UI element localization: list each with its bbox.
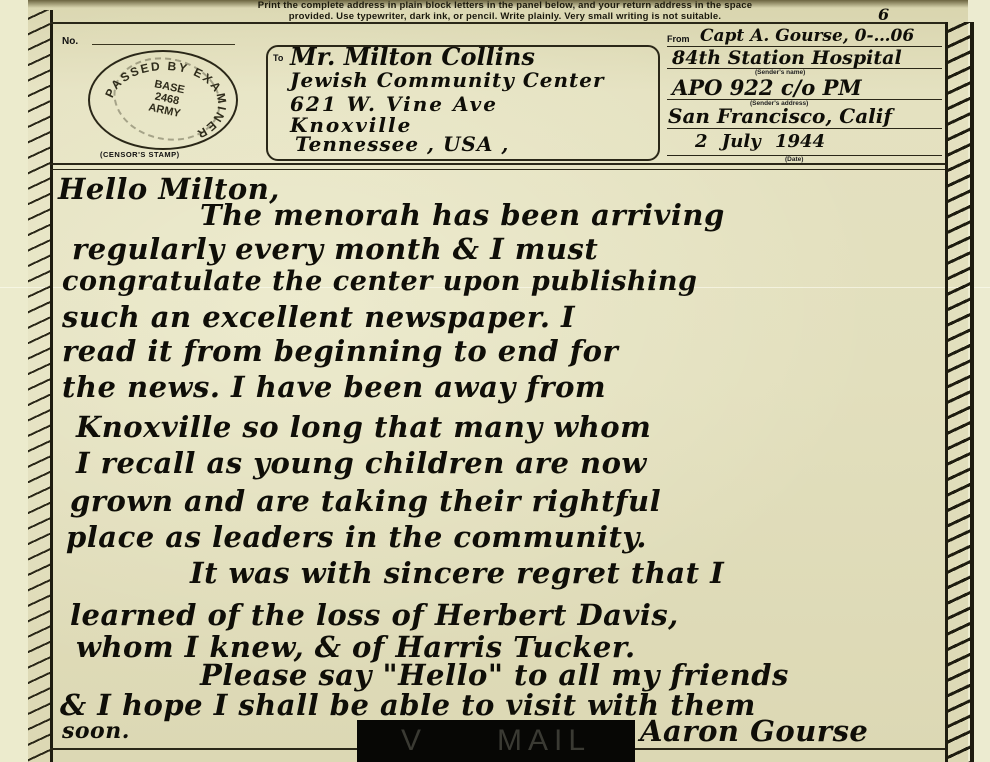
corner-mark: 6: [878, 5, 889, 24]
letter-line-11: It was with sincere regret that I: [190, 556, 724, 590]
vmail-letter-sheet: Print the complete address in plain bloc…: [0, 0, 990, 762]
letter-line-3: congratulate the center upon publishing: [62, 266, 697, 297]
header-bottom-rule: [50, 163, 945, 170]
letter-line-10: place as leaders in the community.: [66, 520, 647, 554]
letter-line-16: soon.: [62, 718, 130, 744]
date-caption: (Date): [785, 156, 803, 163]
recipient-line-organization: Jewish Community Center: [290, 68, 605, 92]
letter-date: 2 July 1944: [695, 131, 825, 152]
sender-address-line-2: [667, 128, 942, 129]
letter-line-9: grown and are taking their rightful: [70, 484, 661, 518]
left-hatched-border: [28, 10, 53, 762]
form-instructions: Print the complete address in plain bloc…: [175, 0, 835, 22]
letter-line-12: learned of the loss of Herbert Davis,: [70, 598, 679, 632]
number-label: No.: [62, 36, 78, 47]
sender-city: San Francisco, Calif: [668, 104, 892, 128]
date-line: [667, 155, 942, 156]
sender-address: APO 922 c/o PM: [672, 75, 862, 100]
instructions-line-2: provided. Use typewriter, dark ink, or p…: [175, 11, 835, 22]
recipient-line-state-country: Tennessee , USA ,: [295, 132, 509, 156]
left-page-margin: [0, 0, 28, 762]
vmail-banner-v: V: [401, 724, 427, 758]
sender-unit: 84th Station Hospital: [672, 47, 902, 69]
right-hatched-border: [945, 22, 974, 762]
to-label: To: [273, 53, 283, 63]
from-label: From: [667, 34, 690, 44]
letter-line-5: read it from beginning to end for: [62, 334, 618, 368]
header-top-rule: [50, 22, 945, 24]
sender-name: Capt A. Gourse, 0-…06: [700, 26, 914, 46]
number-field-line: [92, 44, 235, 45]
vmail-banner-mail: MAIL: [497, 724, 591, 758]
letter-line-8: I recall as young children are now: [76, 446, 647, 480]
instructions-line-1: Print the complete address in plain bloc…: [175, 0, 835, 11]
letter-line-14: Please say "Hello" to all my friends: [200, 658, 789, 692]
censor-stamp-label: (CENSOR'S STAMP): [100, 150, 180, 159]
vmail-banner: V MAIL: [357, 720, 635, 762]
letter-signature: Aaron Gourse: [640, 714, 868, 748]
letter-line-7: Knoxville so long that many whom: [76, 410, 651, 444]
letter-line-1: The menorah has been arriving: [200, 198, 725, 232]
letter-line-6: the news. I have been away from: [62, 370, 606, 404]
letter-line-2: regularly every month & I must: [72, 232, 598, 266]
letter-line-4: such an excellent newspaper. I: [62, 300, 575, 334]
recipient-line-name: Mr. Milton Collins: [290, 42, 535, 71]
